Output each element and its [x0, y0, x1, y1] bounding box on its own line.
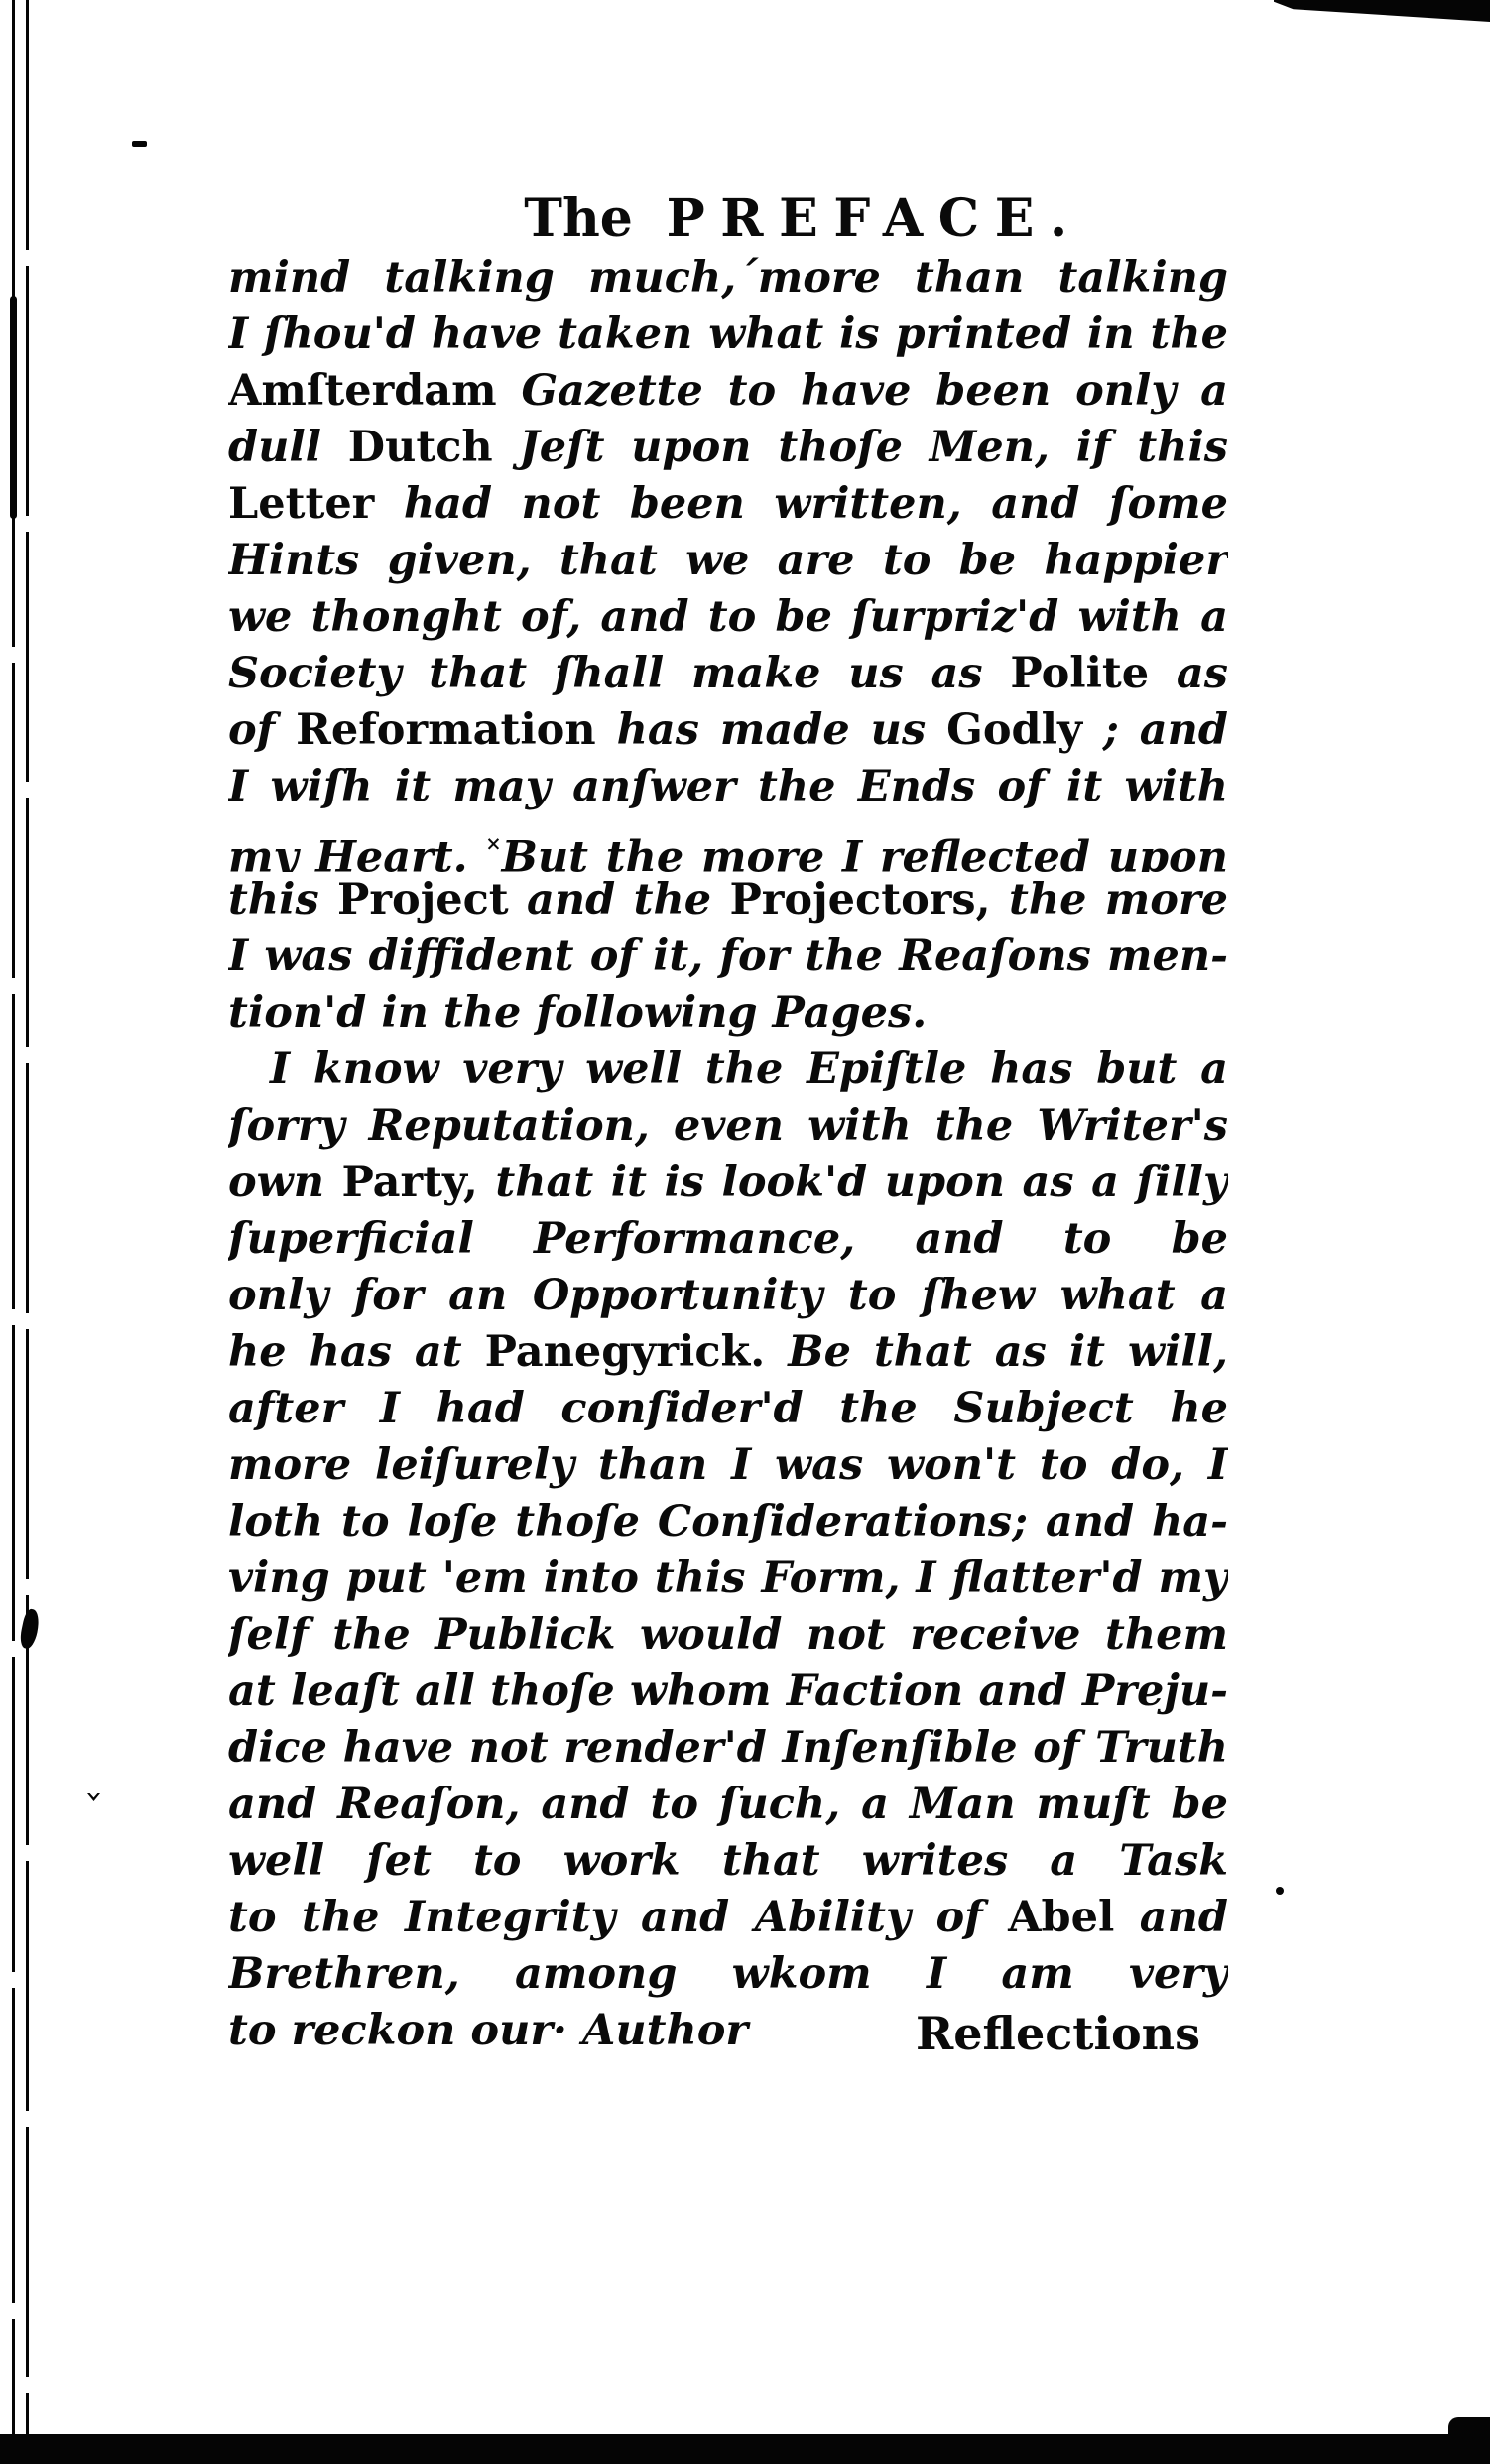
body-text: mind talking much,´more than talking wel…	[228, 250, 1228, 2059]
page-title-word: PREFACE.	[667, 188, 1083, 249]
text-line: loth to loſe thoſe Conſiderations; and h…	[228, 1494, 1228, 1550]
roman-text-segment: Polite	[1010, 649, 1149, 698]
text-line: I know very well the Epiſtle has but a	[228, 1042, 1228, 1098]
ink-smudge-mark	[18, 1608, 42, 1650]
italic-text-segment: of	[228, 705, 296, 755]
text-line: to the Integrity and Ability of Abel and…	[228, 1890, 1228, 1946]
text-line: this Project and the Projectors, the mor…	[228, 872, 1228, 928]
italic-text-segment: Jeſt upon thoſe Men, if this	[493, 423, 1228, 472]
ink-dot-mark	[1276, 1887, 1284, 1895]
italic-text-segment: and Reaſon, and to ſuch, a Man muſt be	[228, 1780, 1228, 1829]
text-line: I wiſh it may anſwer the Ends of it with…	[228, 759, 1228, 815]
italic-text-segment: ſorry Reputation, even with the Writer's	[228, 1101, 1228, 1151]
italic-text-segment: mind talking much,´more than talking wel…	[228, 253, 1228, 307]
text-line: ving put 'em into this Form, I flatter'd…	[228, 1550, 1228, 1607]
scan-bottom-shadow-bar	[0, 2434, 1490, 2464]
italic-text-segment: I wiſh it may anſwer the Ends of it with…	[228, 762, 1228, 815]
text-line: ſorry Reputation, even with the Writer's	[228, 1098, 1228, 1155]
italic-text-segment: ving put 'em into this Form, I flatter'd…	[228, 1553, 1228, 1603]
italic-text-segment: my Heart.	[228, 833, 485, 872]
roman-text-segment: Projectors,	[729, 875, 990, 924]
italic-text-segment: Be that as it will,	[765, 1327, 1228, 1377]
italic-text-segment: has made us	[596, 705, 947, 755]
text-line: only for an Opportunity to ſhew what a N…	[228, 1268, 1228, 1324]
italic-text-segment: dice have not render'd Inſenſible of Tru…	[228, 1723, 1228, 1773]
italic-text-segment: at leaſt all thoſe whom Faction and Prej…	[228, 1666, 1228, 1716]
italic-text-segment: Gazette to have been only a	[497, 366, 1228, 416]
roman-text-segment: Abel	[1008, 1893, 1114, 1942]
binding-gutter-line	[26, 0, 29, 2440]
scanned-book-page: The PREFACE. mind talking much,´more tha…	[0, 0, 1490, 2464]
italic-text-segment: ; and	[1082, 705, 1228, 755]
italic-text-segment: dull	[228, 423, 348, 472]
italic-text-segment: But the more I reflected upon	[502, 833, 1228, 872]
italic-text-segment: only for an Opportunity to ſhew what a	[228, 1271, 1228, 1320]
text-line: and Reaſon, and to ſuch, a Man muſt be	[228, 1777, 1228, 1833]
italic-text-segment: more leiſurely than I was won't to do, I…	[228, 1440, 1228, 1494]
italic-text-segment: I ſhou'd have taken what is printed in t…	[228, 309, 1228, 359]
italic-text-segment: and the	[509, 875, 730, 924]
italic-text-segment: Society that ſhall make us as	[228, 649, 1010, 698]
text-line: ſuperficial Performance, and to be deſig…	[228, 1211, 1228, 1268]
italic-text-segment: ſuperficial Performance, and to be deſig…	[228, 1214, 1228, 1268]
italic-text-segment: loth to loſe thoſe Conſiderations; and h…	[228, 1497, 1228, 1546]
italic-text-segment: I was diffident of it, for the Reaſons m…	[228, 931, 1228, 981]
text-line: of Reformation has made us Godly ; and	[228, 702, 1228, 759]
italic-text-segment: I know very well the Epiſtle has but a	[270, 1045, 1228, 1094]
italic-text-segment: tion'd in the following Pages.	[228, 988, 927, 1038]
roman-text-segment: Godly	[946, 705, 1082, 755]
text-line: Letter had not been written, and ſome br…	[228, 476, 1228, 533]
italic-text-segment: the more	[991, 875, 1228, 924]
text-line: Hints given, that we are to be happier t…	[228, 533, 1228, 589]
italic-text-segment: Brethren, among wkom I am very unwilling	[228, 1949, 1228, 2003]
text-line: we thonght of, and to be ſurpriz'd with …	[228, 589, 1228, 646]
text-line: own Party, that it is look'd upon as a ſ…	[228, 1155, 1228, 1211]
roman-text-segment: Amſterdam	[228, 366, 497, 416]
text-line: at leaſt all thoſe whom Faction and Prej…	[228, 1663, 1228, 1720]
italic-text-segment: he has at	[228, 1327, 485, 1377]
page-title-prefix: The	[524, 188, 633, 249]
roman-text-segment: Letter	[228, 479, 374, 529]
text-line: more leiſurely than I was won't to do, I…	[228, 1437, 1228, 1494]
binding-ink-blob	[10, 296, 17, 519]
italic-text-segment: Hints given, that we are to be happier t…	[228, 536, 1228, 589]
italic-text-segment: this	[228, 875, 337, 924]
italic-text-segment: we thonght of, and to be ſurpriz'd with …	[228, 592, 1228, 642]
italic-text-segment: ſelf the Publick would not receive them …	[228, 1610, 1228, 1663]
page-title: The PREFACE.	[304, 188, 1304, 249]
ink-dash-mark	[132, 141, 147, 147]
text-line: I ſhou'd have taken what is printed in t…	[228, 307, 1228, 363]
text-line: my Heart. ×But the more I reflected upon	[228, 815, 1228, 872]
italic-text-segment: well ſet to work that writes a Task ſuit…	[228, 1836, 1228, 1890]
text-line: ſelf the Publick would not receive them …	[228, 1607, 1228, 1663]
ink-caret-mark: ×	[485, 832, 501, 855]
italic-text-segment: after I had conſider'd the Subject he wr…	[228, 1384, 1228, 1437]
text-line: dull Dutch Jeſt upon thoſe Men, if this	[228, 420, 1228, 476]
italic-text-segment: that it is look'd upon as a ſilly	[478, 1158, 1228, 1207]
ink-tick-mark	[87, 1793, 100, 1801]
text-line: well ſet to work that writes a Task ſuit…	[228, 1833, 1228, 1890]
text-line: tion'd in the following Pages.	[228, 985, 1228, 1042]
roman-text-segment: Panegyrick.	[485, 1327, 766, 1377]
text-line: he has at Panegyrick. Be that as it will…	[228, 1324, 1228, 1381]
italic-text-segment: had not been written, and ſome broad	[228, 479, 1228, 533]
text-line: I was diffident of it, for the Reaſons m…	[228, 928, 1228, 985]
text-line: after I had conſider'd the Subject he wr…	[228, 1381, 1228, 1437]
text-line: mind talking much,´more than talking wel…	[228, 250, 1228, 307]
roman-text-segment: Project	[337, 875, 509, 924]
catchword: Reflections	[228, 2006, 1228, 2062]
scan-bottom-shadow-bump	[1448, 2417, 1490, 2439]
roman-text-segment: Reformation	[296, 705, 595, 755]
text-line: Amſterdam Gazette to have been only a	[228, 363, 1228, 420]
italic-text-segment: to the Integrity and Ability of	[228, 1893, 1008, 1942]
scan-corner-shadow	[1274, 0, 1490, 22]
roman-text-segment: Dutch	[348, 423, 493, 472]
italic-text-segment: own	[228, 1158, 341, 1207]
text-line: dice have not render'd Inſenſible of Tru…	[228, 1720, 1228, 1777]
roman-text-segment: Party,	[341, 1158, 477, 1207]
text-line: Society that ſhall make us as Polite as …	[228, 646, 1228, 702]
text-line: Brethren, among wkom I am very unwilling	[228, 1946, 1228, 2003]
